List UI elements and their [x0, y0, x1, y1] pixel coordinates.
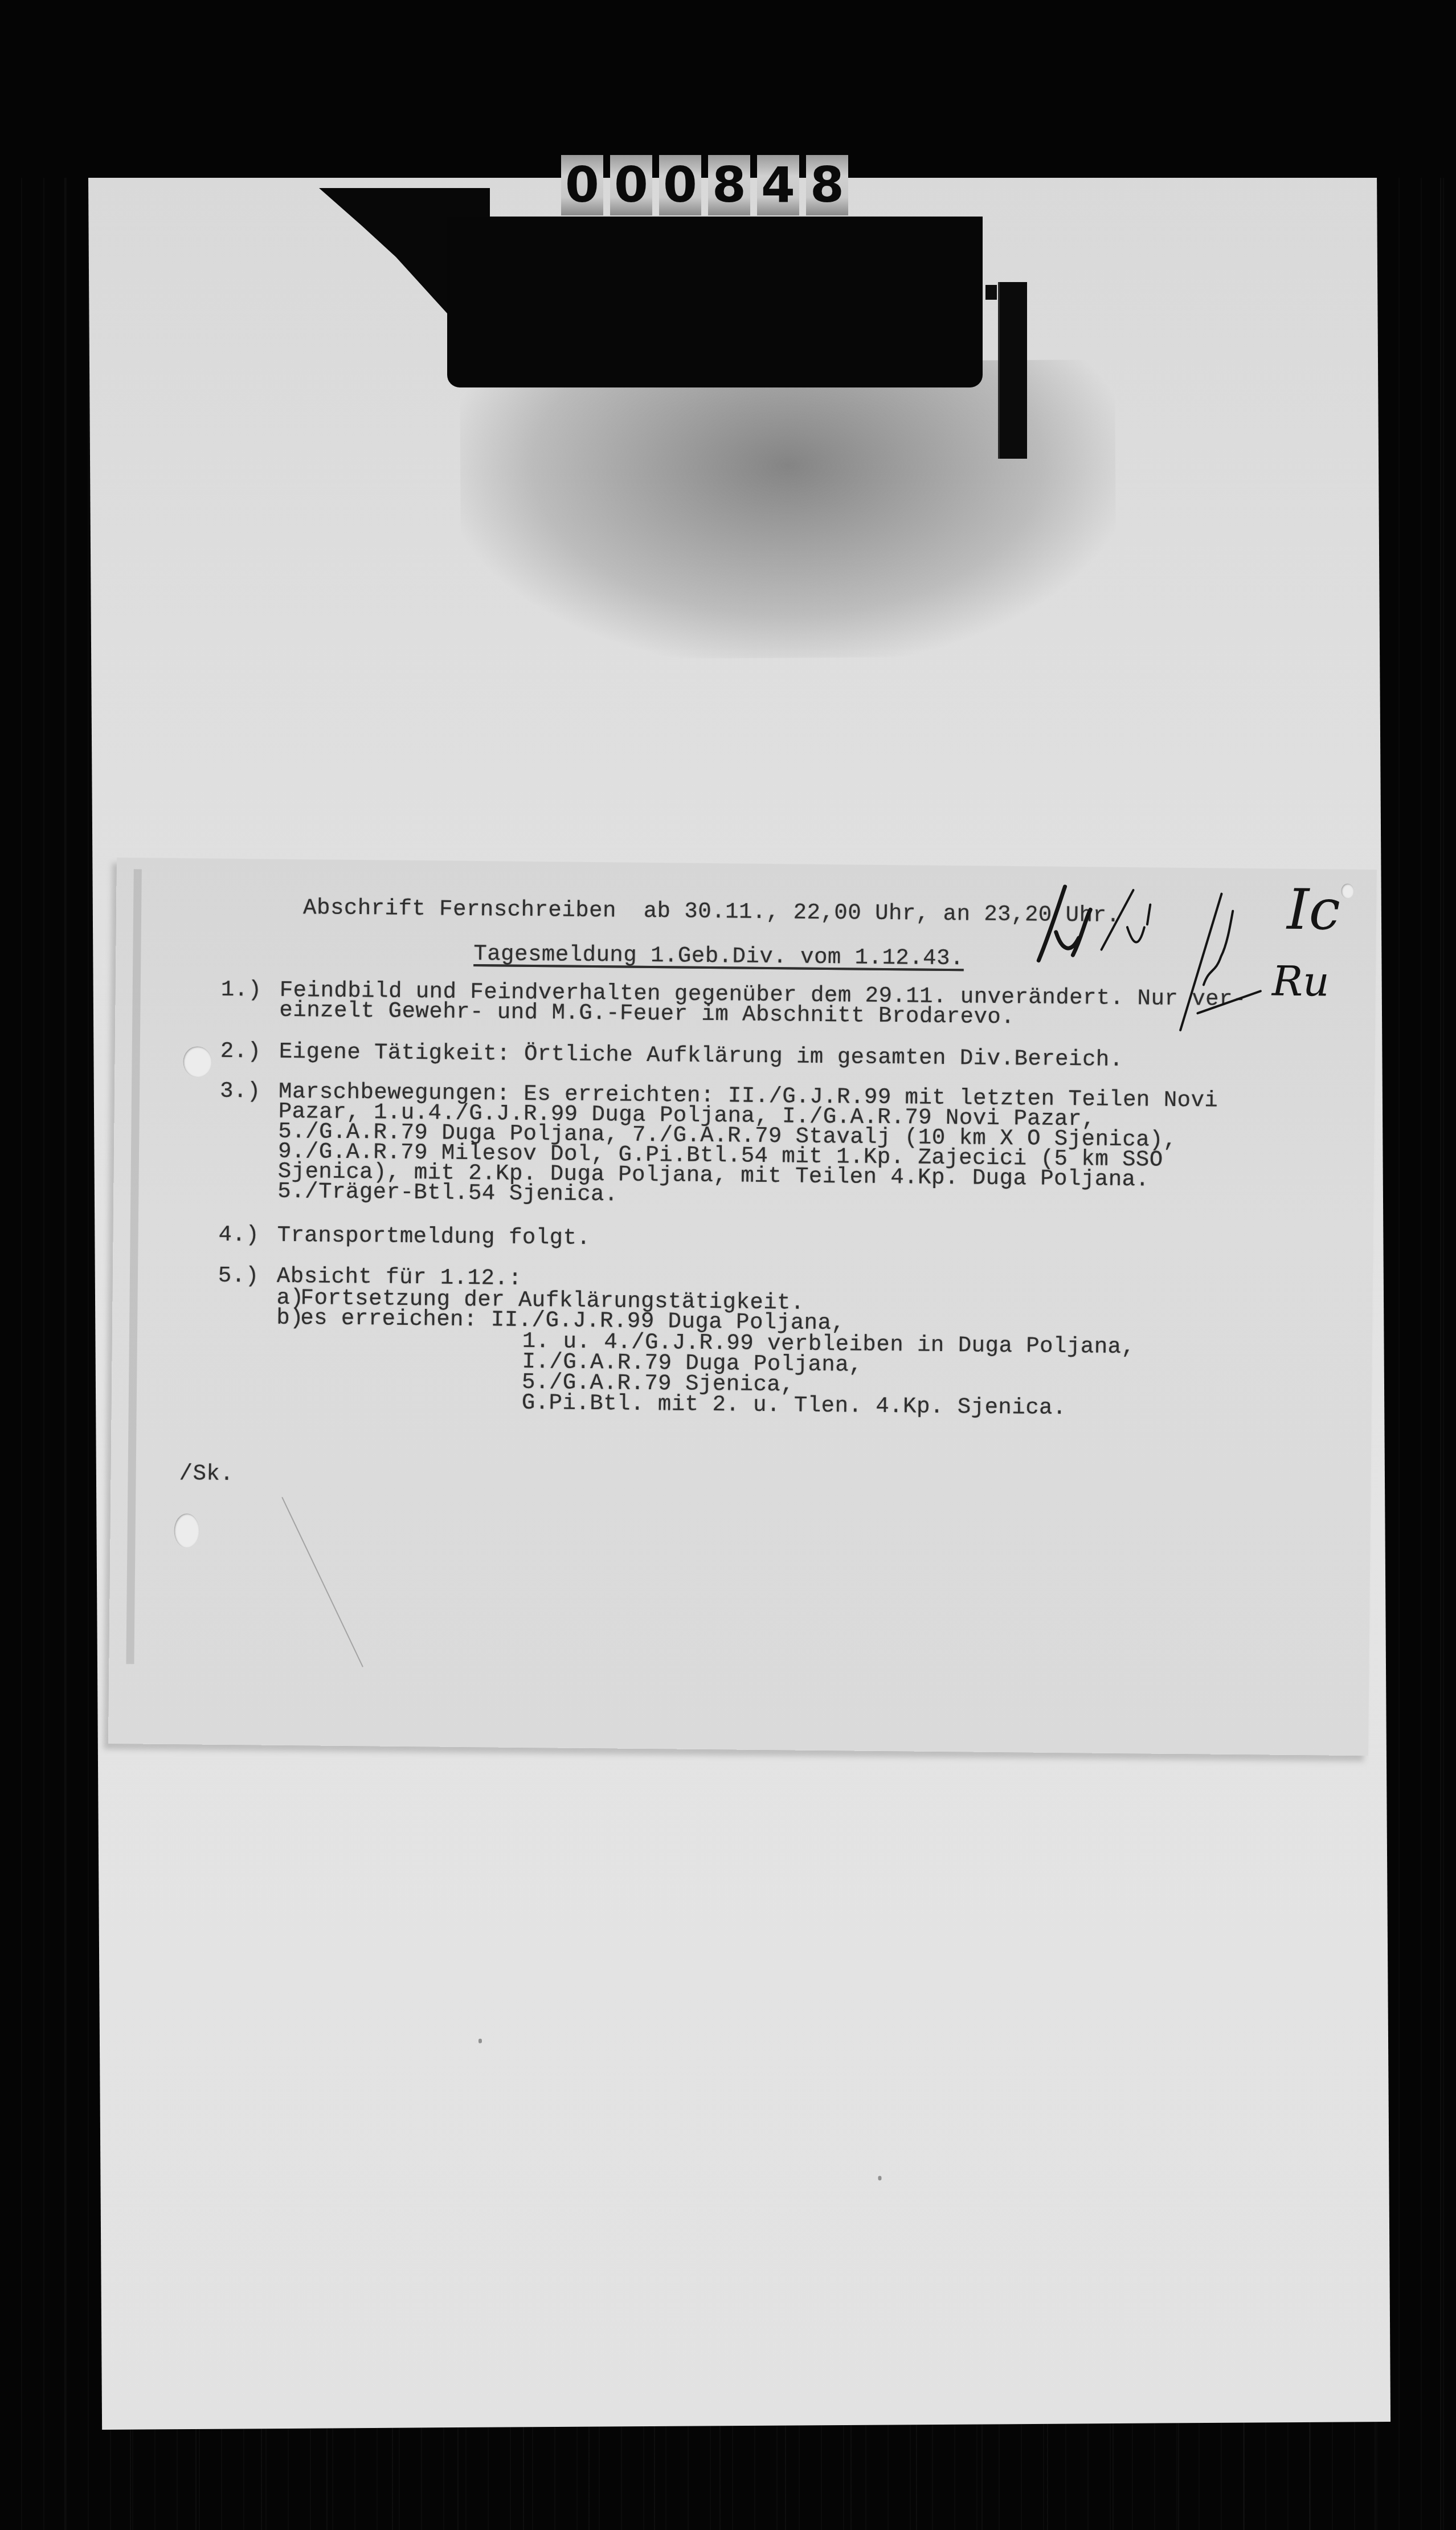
item-number: 4.)	[218, 1223, 259, 1247]
item-3-line-6: 5./Träger-Btl.54 Sjenica.	[277, 1180, 618, 1206]
continuation-line-4: G.Pi.Btl. mit 2. u. Tlen. 4.Kp. Sjenica.	[522, 1391, 1066, 1419]
item-4-line-1: Transportmeldung folgt.	[277, 1224, 590, 1250]
item-2-line-1: Eigene Tätigkeit: Örtliche Aufklärung im…	[279, 1040, 1123, 1071]
counter-digit: 8	[806, 155, 848, 215]
handwritten-paraph: Ru	[1272, 957, 1330, 1005]
handwritten-department: Ic	[1287, 878, 1341, 943]
item-number: 3.)	[220, 1080, 261, 1103]
paper-speck	[478, 2039, 482, 2043]
document-header: Abschrift Fernschreiben ab 30.11., 22,00…	[303, 896, 1120, 927]
film-border-top	[0, 0, 1456, 178]
frame-counter: 0 0 0 8 4 8	[561, 155, 848, 215]
clip-lever	[998, 282, 1027, 459]
counter-digit: 0	[659, 155, 701, 215]
punch-hole	[174, 1513, 199, 1548]
counter-digit: 4	[757, 155, 799, 215]
item-number: 2.)	[220, 1040, 261, 1063]
counter-digit: 0	[561, 155, 603, 215]
teletype-copy-slip: Abschrift Fernschreiben ab 30.11., 22,00…	[108, 858, 1377, 1756]
counter-digit: 0	[610, 155, 652, 215]
clip-lever-knob	[985, 285, 997, 300]
item-number: 5.)	[218, 1264, 259, 1288]
subitem-letter: b)	[276, 1307, 304, 1329]
counter-digit: 8	[708, 155, 750, 215]
document-title: Tagesmeldung 1.Geb.Div. vom 1.12.43.	[473, 942, 964, 970]
item-number: 1.)	[221, 978, 262, 1002]
paper-clip-counter	[447, 217, 983, 387]
typist-mark: /Sk.	[179, 1462, 234, 1486]
paper-fold	[281, 1497, 363, 1667]
punch-hole	[183, 1046, 212, 1077]
slip-edge-shadow	[126, 869, 141, 1664]
paper-speck	[878, 2176, 881, 2181]
item-1-line-2: einzelt Gewehr- und M.G.-Feuer im Abschn…	[279, 999, 1015, 1029]
